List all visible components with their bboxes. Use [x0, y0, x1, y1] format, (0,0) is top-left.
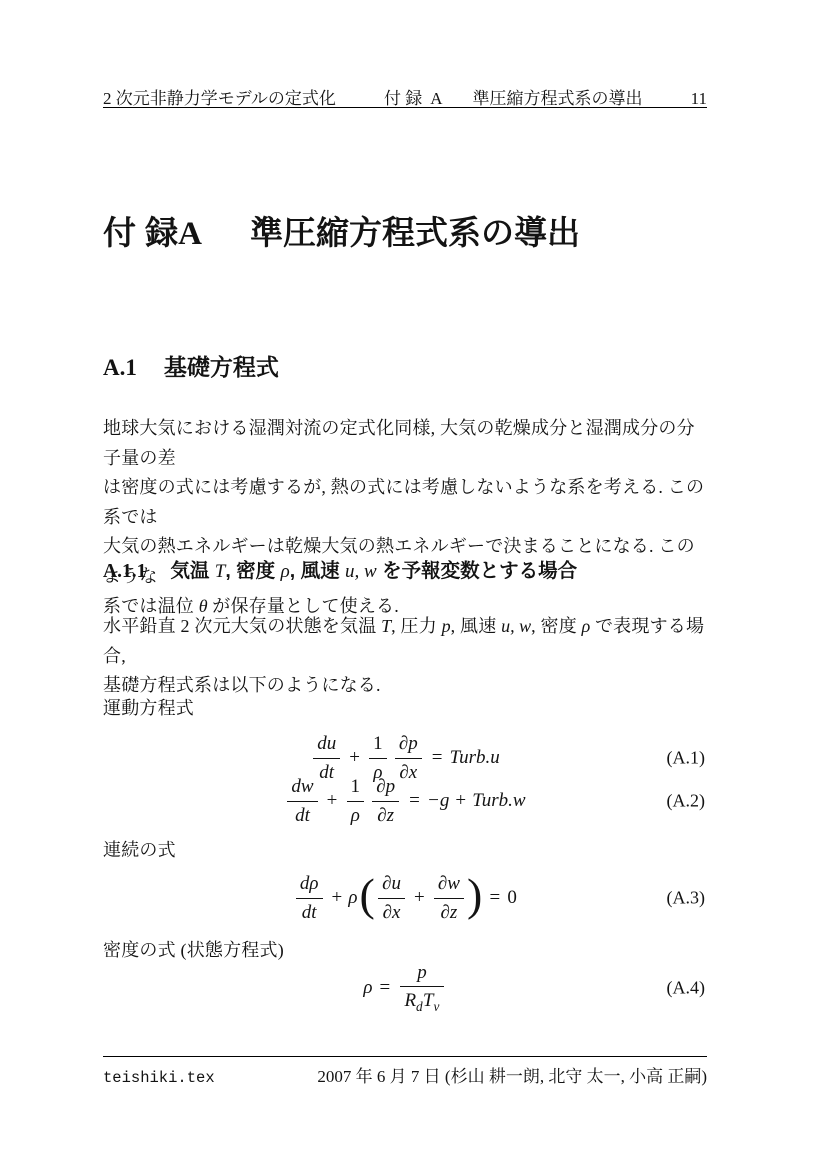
rho-coefficient: ρ	[348, 887, 357, 909]
chapter-heading: 付 録A準圧縮方程式系の導出	[103, 207, 707, 254]
denominator: RdTv	[400, 987, 443, 1014]
header-rule	[103, 107, 707, 108]
page-number: 11	[691, 89, 707, 109]
paragraph-line: は密度の式には考慮するが, 熱の式には考慮しないような系を考える. この系では	[103, 473, 707, 532]
paragraph-variables: 水平鉛直 2 次元大気の状態を気温 T, 圧力 p, 風速 u, w, 密度 ρ…	[103, 612, 707, 701]
turbulence-term-w: Turb.w	[472, 790, 525, 812]
subsection-number: A.1.1	[103, 561, 146, 582]
numerator: ∂p	[372, 776, 399, 802]
plus-operator: +	[455, 790, 466, 812]
equation-number-a2: (A.2)	[667, 791, 706, 812]
numerator: 1	[369, 733, 387, 759]
plus-operator: +	[332, 887, 343, 909]
text-segment: 気温	[170, 560, 214, 582]
appendix-label-letter: A	[430, 89, 442, 108]
denominator: ∂x	[378, 899, 405, 924]
text-segment: , 密度	[225, 560, 280, 582]
denominator: dt	[287, 802, 317, 827]
subscript-v: v	[433, 999, 439, 1014]
running-head-center: 付 録A準圧縮方程式系の導出	[384, 84, 643, 109]
running-head-left: 2 次元非静力学モデルの定式化	[103, 84, 336, 109]
right-parenthesis: )	[467, 872, 483, 918]
section-number: A.1	[103, 355, 137, 380]
rho-lhs: ρ	[363, 977, 372, 999]
source-filename: teishiki.tex	[103, 1069, 215, 1087]
document-page: 2 次元非静力学モデルの定式化 付 録A準圧縮方程式系の導出 11 付 録A準圧…	[0, 0, 826, 1169]
fraction-dw-dt: dwdt	[287, 776, 317, 827]
math-T: T	[215, 561, 226, 582]
fraction-du-dx: ∂u∂x	[378, 873, 405, 924]
text-segment: , 密度	[531, 616, 582, 636]
plus-operator: +	[327, 790, 338, 812]
fraction-p-RdTv: p RdTv	[400, 962, 443, 1015]
math-uw: u, w	[501, 616, 531, 636]
numerator: du	[313, 733, 340, 759]
plus-operator: +	[349, 747, 360, 769]
math-uw: u, w	[345, 561, 377, 582]
equation-a2: dwdt + 1ρ ∂p∂z = −g + Turb.w (A.2)	[103, 772, 707, 830]
label-continuity-equation: 連続の式	[103, 836, 707, 866]
chapter-title: 準圧縮方程式系の導出	[250, 214, 580, 251]
math-rho: ρ	[582, 616, 591, 636]
paragraph-line: 地球大気における湿潤対流の定式化同様, 大気の乾燥成分と湿潤成分の分子量の差	[103, 414, 707, 473]
turbulence-term-u: Turb.u	[450, 747, 500, 769]
math-R: R	[404, 990, 416, 1011]
numerator: ∂u	[378, 873, 405, 899]
running-head-title: 準圧縮方程式系の導出	[473, 89, 643, 108]
fraction-dw-dz: ∂w∂z	[434, 873, 464, 924]
footer-rule	[103, 1056, 707, 1057]
equation-number-a4: (A.4)	[667, 978, 706, 999]
section-heading: A.1基礎方程式	[103, 349, 707, 382]
equation-a3: dρdt + ρ ( ∂u∂x + ∂w∂z ) = 0 (A.3)	[103, 867, 707, 929]
date-and-authors: 2007 年 6 月 7 日 (杉山 耕一朗, 北守 太一, 小高 正嗣)	[317, 1062, 707, 1087]
label-equation-of-motion: 運動方程式	[103, 694, 707, 724]
denominator: ρ	[347, 802, 365, 827]
numerator: dw	[287, 776, 317, 802]
chapter-label-jp: 付 録	[103, 214, 178, 251]
chapter-label-letter: A	[178, 216, 202, 252]
paragraph-basic-equations: 地球大気における湿潤対流の定式化同様, 大気の乾燥成分と湿潤成分の分子量の差 は…	[103, 414, 707, 621]
equals-sign: =	[432, 747, 443, 769]
math-T: T	[423, 990, 434, 1011]
subsection-heading: A.1.1気温 T, 密度 ρ, 風速 u, w を予報変数とする場合	[103, 555, 707, 583]
left-parenthesis: (	[360, 872, 376, 918]
page-footer: teishiki.tex 2007 年 6 月 7 日 (杉山 耕一朗, 北守 …	[103, 1062, 707, 1087]
numerator: dρ	[296, 873, 323, 899]
running-head: 2 次元非静力学モデルの定式化 付 録A準圧縮方程式系の導出 11	[103, 84, 707, 109]
math-p: p	[442, 616, 451, 636]
equals-sign: =	[489, 887, 500, 909]
math-rho: ρ	[281, 561, 290, 582]
denominator: dt	[296, 899, 323, 924]
fraction-1-rho: 1ρ	[347, 776, 365, 827]
equation-a4: ρ = p RdTv (A.4)	[103, 959, 707, 1017]
section-title: 基礎方程式	[164, 354, 279, 380]
subscript-d: d	[416, 999, 423, 1014]
paragraph-line: 水平鉛直 2 次元大気の状態を気温 T, 圧力 p, 風速 u, w, 密度 ρ…	[103, 612, 707, 671]
equation-number-a1: (A.1)	[667, 748, 706, 769]
equals-sign: =	[409, 790, 420, 812]
math-T: T	[381, 616, 391, 636]
gravity-term: −g	[427, 790, 449, 812]
zero-value: 0	[507, 887, 517, 909]
numerator: ∂w	[434, 873, 464, 899]
equals-sign: =	[380, 977, 391, 999]
denominator: ∂z	[372, 802, 399, 827]
numerator: p	[400, 962, 443, 988]
appendix-label-jp: 付 録	[384, 89, 422, 108]
plus-operator: +	[414, 887, 425, 909]
text-segment: 水平鉛直 2 次元大気の状態を気温	[103, 616, 381, 636]
text-segment: を予報変数とする場合	[377, 560, 577, 582]
text-segment: , 風速	[290, 560, 345, 582]
fraction-dp-dz: ∂p∂z	[372, 776, 399, 827]
fraction-drho-dt: dρdt	[296, 873, 323, 924]
numerator: ∂p	[395, 733, 422, 759]
text-segment: , 圧力	[391, 616, 442, 636]
equation-number-a3: (A.3)	[667, 888, 706, 909]
numerator: 1	[347, 776, 365, 802]
denominator: ∂z	[434, 899, 464, 924]
text-segment: , 風速	[451, 616, 502, 636]
